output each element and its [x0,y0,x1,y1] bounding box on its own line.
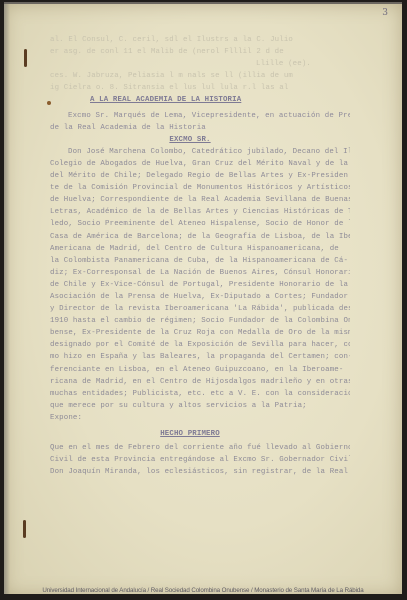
body-line: que merece por su cultura y altos servic… [50,400,350,412]
scanned-page: 3 al. El Consul, C. ceril, sdl el Ilustr… [4,2,402,596]
typewritten-text: al. El Consul, C. ceril, sdl el Ilustrs … [50,34,350,478]
body-line: te de la Comisión Provincial de Monument… [50,182,350,194]
body-line: Asociación de la Prensa de Huelva, Ex-Di… [50,291,350,303]
body-line: 1910 hasta el cambio de régimen; Socio F… [50,315,350,327]
section-line: Que en el mes de Febrero del corriente a… [50,442,350,454]
bleed-through-line: Llille (ee). [50,58,350,70]
bleed-through-line: ces. W. Jabruza, Peliasia l m nals se ll… [50,70,350,82]
bleed-through-line: al. El Consul, C. ceril, sdl el Ilustrs … [50,34,350,46]
body-line: Colegio de Abogados de Huelva, Gran Cruz… [50,158,350,170]
page-number: 3 [382,8,388,18]
salutation-line: de la Real Academia de la Historia [50,122,350,134]
body-line: designado por el Comité de la Exposición… [50,339,350,351]
body-line: ledo, Socio Preeminente del Ateneo Hispa… [50,218,350,230]
attribution-footer: Universidad Internacional de Andalucía /… [4,587,402,594]
salutation-line: Excmo Sr. Marqués de Lema, Vicepresident… [50,110,350,122]
address-heading: A LA REAL ACADEMIA DE LA HISTORIA [90,96,241,104]
body-line: de Chile y Ex-Vice-Cónsul de Portugal, P… [50,279,350,291]
bleed-through-line: ig Cielra o. 8. Sitransia el lus lul lul… [50,82,350,94]
salutation-title: EXCMO SR. [169,136,210,144]
body-line: Don José Marchena Colombo, Catedrático j… [50,146,350,158]
body-line: Casa de América de Barcelona; de la Geog… [50,231,350,243]
section-line: Civil de esta Provincia entregándose al … [50,454,350,466]
body-line: ricana de Madrid, en el Centro de Hijosd… [50,376,350,388]
document-viewer: 3 al. El Consul, C. ceril, sdl el Ilustr… [0,0,407,600]
body-line: del Mérito de Chile; Delegado Regio de B… [50,170,350,182]
binding-hole-top [24,49,27,67]
body-line: Americana de Madrid, del Centro de Cultu… [50,243,350,255]
binding-hole-bottom [23,520,26,538]
section-heading: HECHO PRIMERO [160,430,220,438]
bleed-through-line: er asg. de conl 11 el Malib de (nerol Fl… [50,46,350,58]
body-line: mo hizo en España y las Baleares, la pro… [50,351,350,363]
body-line: de Huelva; Correspondiente de la Real Ac… [50,194,350,206]
section-line: Don Joaquín Miranda, los eclesiásticos, … [50,466,350,478]
expone-label: Expone: [50,412,350,424]
body-line: ferenciante en Lisboa, en el Ateneo Guip… [50,364,350,376]
body-line: la Colombista Panamericana de Cuba, de l… [50,255,350,267]
viewer-bottom-edge [0,594,407,600]
body-line: muchas entidades; Publicista, etc. etc a… [50,388,350,400]
body-line: Letras, Académico de la de Bellas Artes … [50,206,350,218]
body-line: diz; Ex-Corresponsal de La Nación de Bue… [50,267,350,279]
body-line: y Director de la revista Iberoamericana … [50,303,350,315]
body-line: bense, Ex-Presidente de la Cruz Roja con… [50,327,350,339]
